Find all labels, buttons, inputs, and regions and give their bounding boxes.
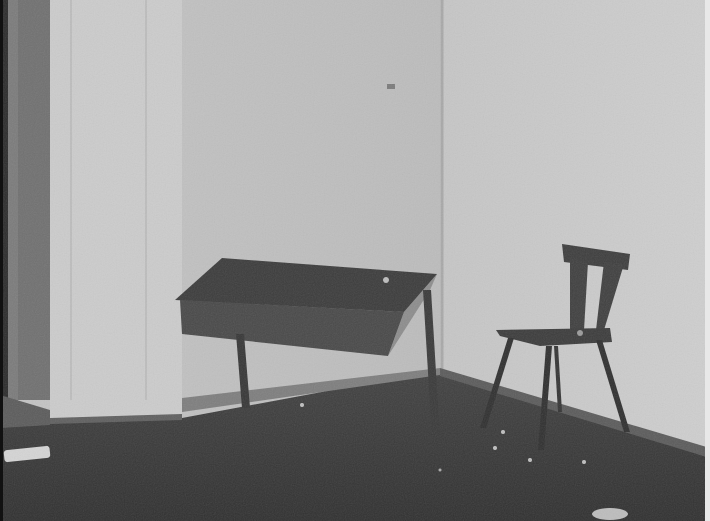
room-scene bbox=[0, 0, 710, 521]
frame-edge-right bbox=[705, 0, 710, 521]
frame-edge-left bbox=[0, 0, 3, 521]
film-grain bbox=[0, 0, 710, 521]
room-photo bbox=[0, 0, 710, 521]
